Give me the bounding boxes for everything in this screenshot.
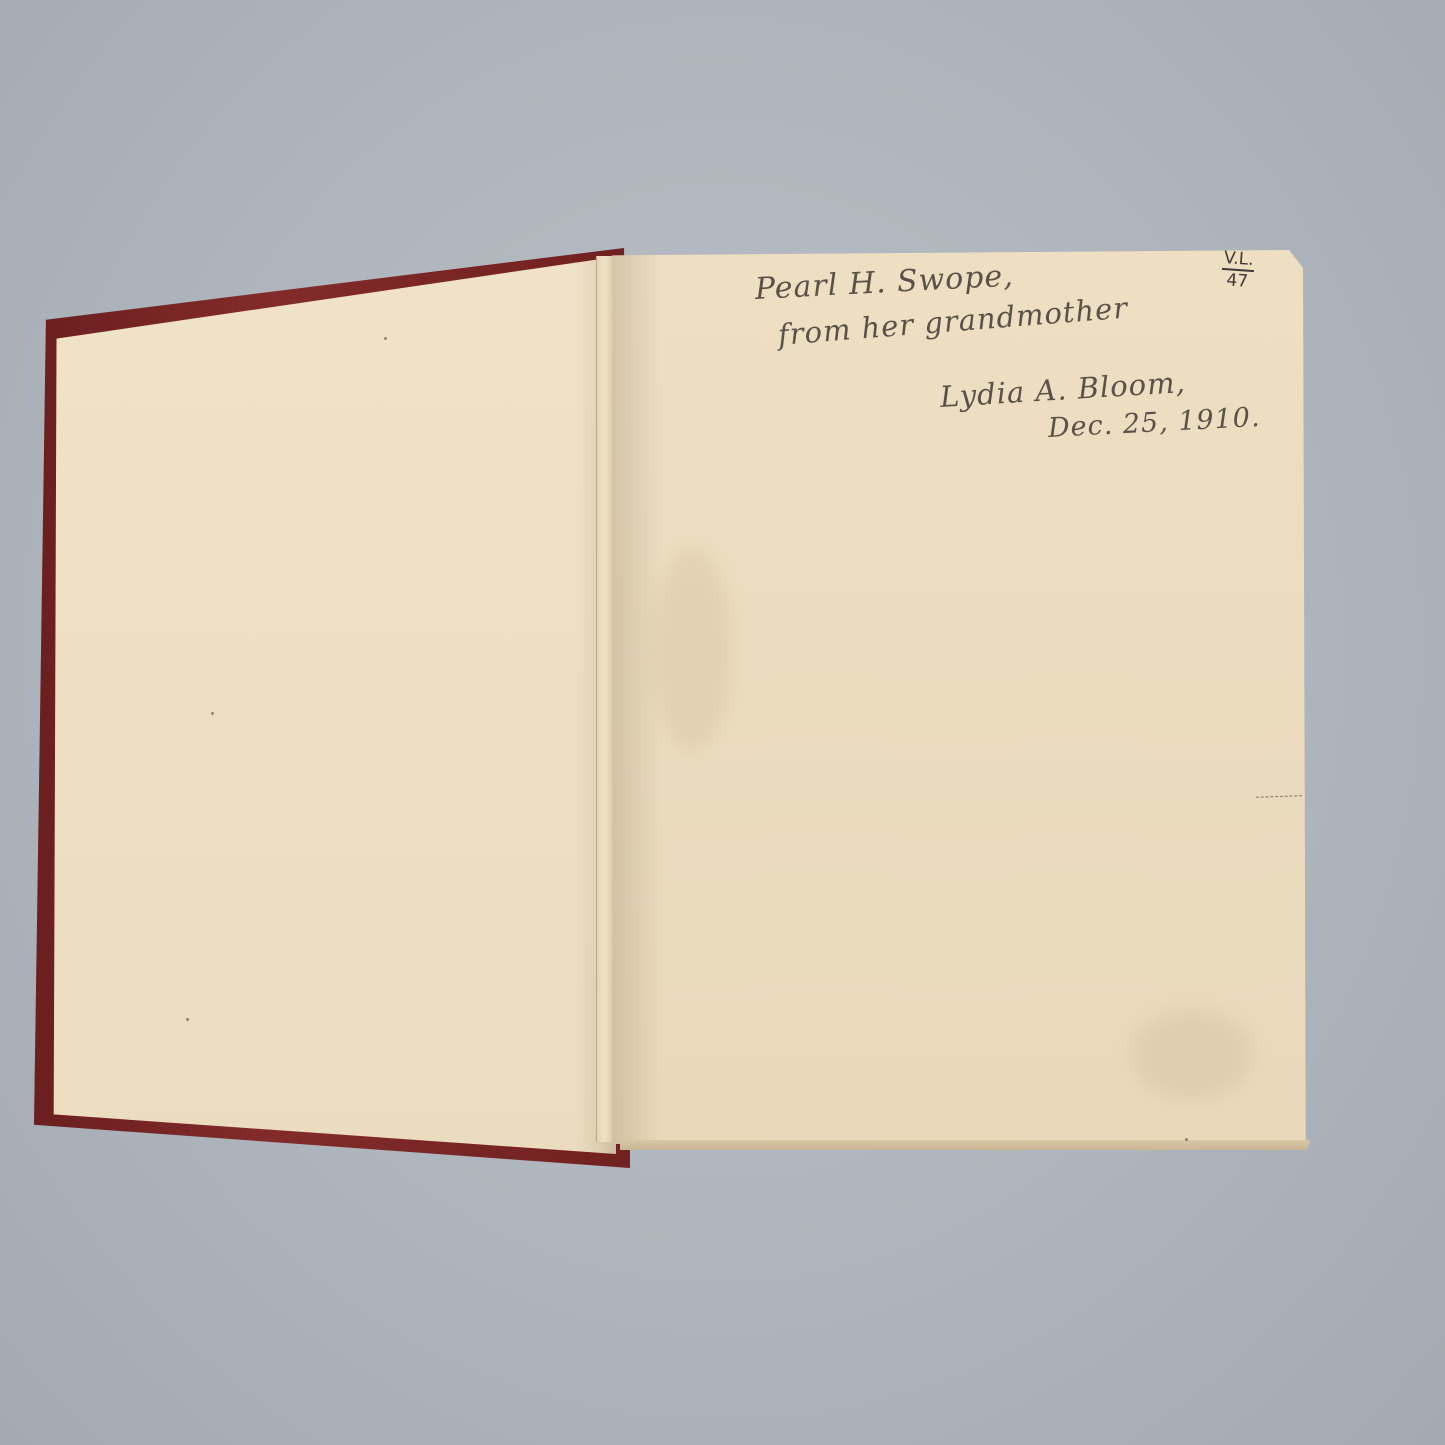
text-block-edge [620, 1140, 1310, 1150]
paper-speck [211, 712, 214, 715]
paper-speck [186, 1018, 189, 1021]
paper-speck [1185, 1138, 1188, 1141]
foxing-stain [652, 550, 732, 750]
pencil-shelf-mark: V.L. 47 [1217, 249, 1260, 292]
foxing-stain [1132, 1010, 1252, 1100]
book-photo-scene: Pearl H. Swope, from her grandmother Lyd… [0, 0, 1445, 1445]
shelf-mark-bottom: 47 [1226, 270, 1249, 291]
shelf-mark-top: V.L. [1223, 248, 1254, 270]
front-pastedown-page [48, 254, 616, 1154]
paper-speck [384, 337, 387, 340]
spine-shadow [612, 250, 662, 1144]
